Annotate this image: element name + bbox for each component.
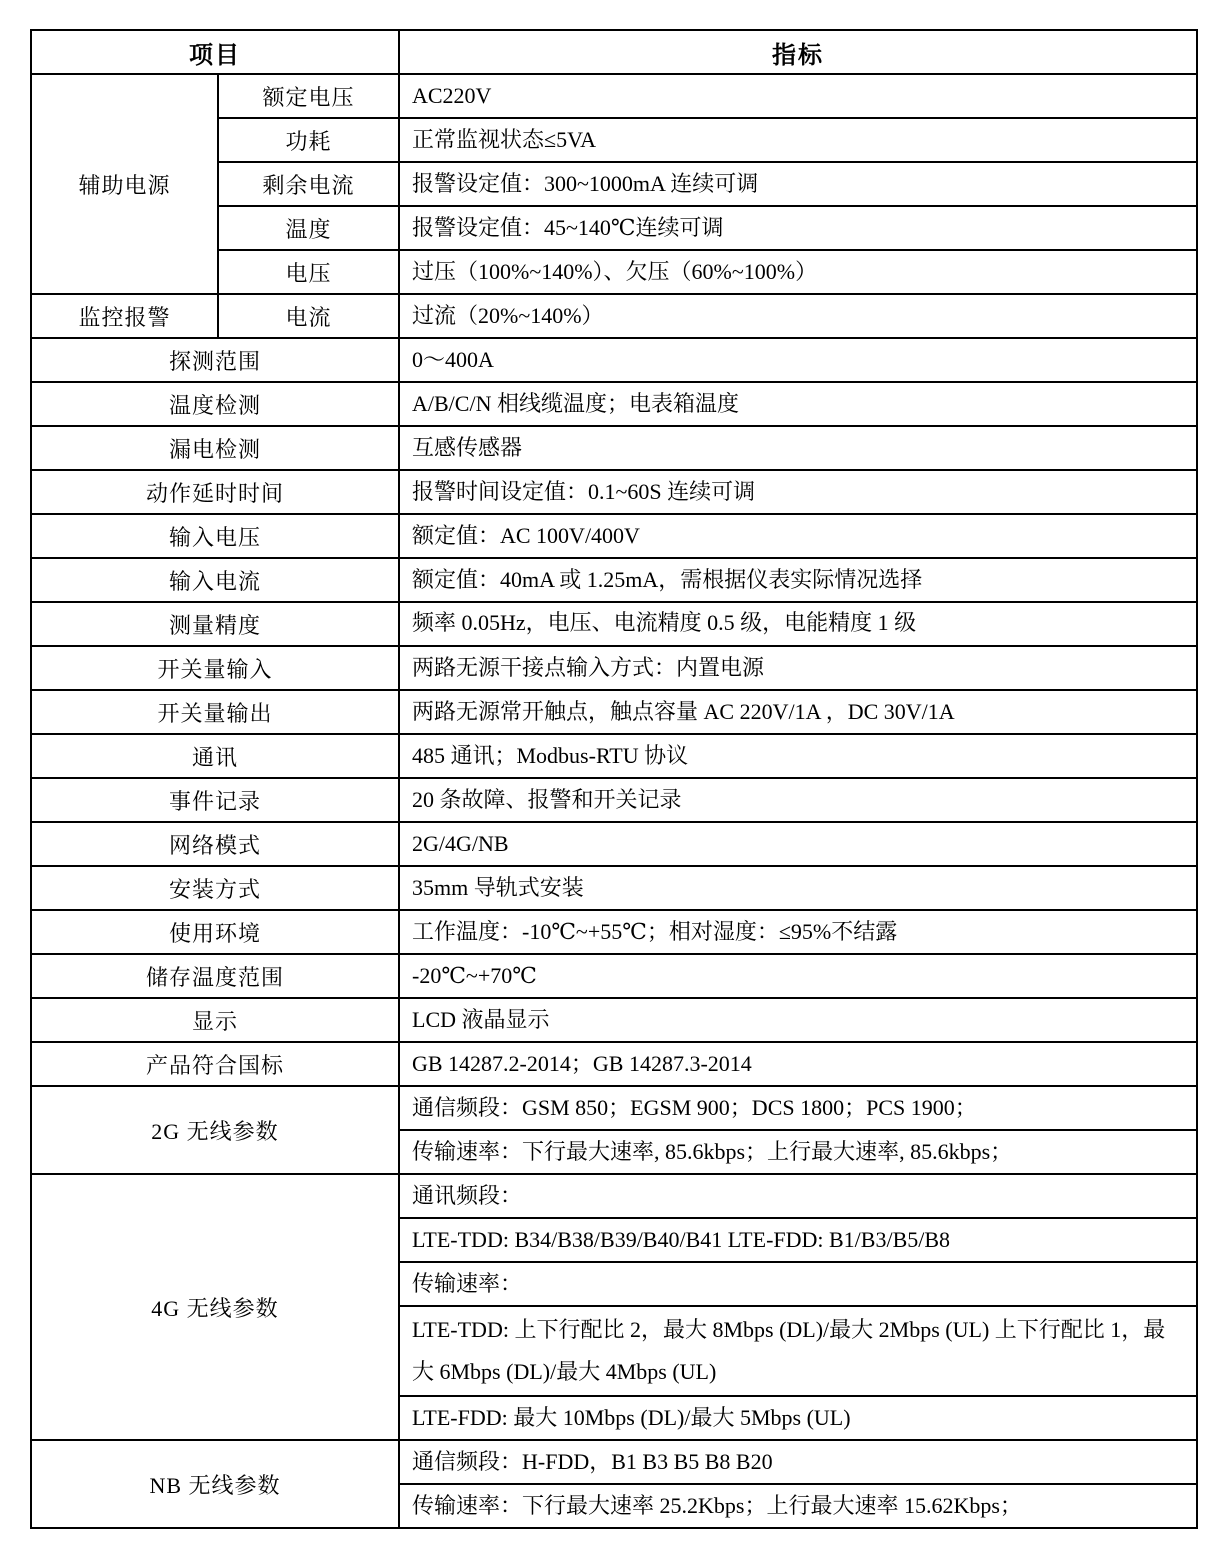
spec-value: 通信频段：H-FDD，B1 B3 B5 B8 B20 — [399, 1440, 1197, 1484]
sub-label: 功耗 — [218, 118, 399, 162]
table-row: 网络模式 2G/4G/NB — [31, 822, 1197, 866]
table-row: 温度检测 A/B/C/N 相线缆温度；电表箱温度 — [31, 382, 1197, 426]
table-row: 输入电流 额定值：40mA 或 1.25mA，需根据仪表实际情况选择 — [31, 558, 1197, 602]
spec-value: 过流（20%~140%） — [399, 294, 1197, 338]
sub-label: 电压 — [218, 250, 399, 294]
table-row: 测量精度 频率 0.05Hz，电压、电流精度 0.5 级，电能精度 1 级 — [31, 602, 1197, 646]
table-row: 探测范围 0～400A — [31, 338, 1197, 382]
spec-value: 传输速率：下行最大速率, 85.6kbps；上行最大速率, 85.6kbps； — [399, 1130, 1197, 1174]
row-label: 动作延时时间 — [31, 470, 399, 514]
row-label: 开关量输出 — [31, 690, 399, 734]
spec-value: -20℃~+70℃ — [399, 954, 1197, 998]
group-label-4g-wireless: 4G 无线参数 — [31, 1174, 399, 1440]
table-row: 事件记录 20 条故障、报警和开关记录 — [31, 778, 1197, 822]
row-label: 网络模式 — [31, 822, 399, 866]
table-row: NB 无线参数 通信频段：H-FDD，B1 B3 B5 B8 B20 — [31, 1440, 1197, 1484]
row-label: 输入电流 — [31, 558, 399, 602]
row-label: 显示 — [31, 998, 399, 1042]
spec-value: 额定值：40mA 或 1.25mA，需根据仪表实际情况选择 — [399, 558, 1197, 602]
row-label: 开关量输入 — [31, 646, 399, 690]
spec-value: 两路无源干接点输入方式：内置电源 — [399, 646, 1197, 690]
row-label: 事件记录 — [31, 778, 399, 822]
table-row: 开关量输入 两路无源干接点输入方式：内置电源 — [31, 646, 1197, 690]
spec-value: 0～400A — [399, 338, 1197, 382]
spec-value: 额定值：AC 100V/400V — [399, 514, 1197, 558]
spec-value: 485 通讯；Modbus-RTU 协议 — [399, 734, 1197, 778]
spec-value: LCD 液晶显示 — [399, 998, 1197, 1042]
spec-value: 报警设定值：300~1000mA 连续可调 — [399, 162, 1197, 206]
spec-value: 互感传感器 — [399, 426, 1197, 470]
spec-value: AC220V — [399, 74, 1197, 118]
spec-value: 传输速率：下行最大速率 25.2Kbps；上行最大速率 15.62Kbps； — [399, 1484, 1197, 1528]
header-item-cell: 项目 — [31, 30, 399, 74]
row-label: 储存温度范围 — [31, 954, 399, 998]
table-row: 使用环境 工作温度：-10℃~+55℃；相对湿度：≤95%不结露 — [31, 910, 1197, 954]
spec-value: LTE-TDD: 上下行配比 2，最大 8Mbps (DL)/最大 2Mbps … — [399, 1306, 1197, 1396]
spec-value: 工作温度：-10℃~+55℃；相对湿度：≤95%不结露 — [399, 910, 1197, 954]
row-label: 通讯 — [31, 734, 399, 778]
sub-label: 额定电压 — [218, 74, 399, 118]
spec-value: 正常监视状态≤5VA — [399, 118, 1197, 162]
spec-value: 2G/4G/NB — [399, 822, 1197, 866]
row-label: 产品符合国标 — [31, 1042, 399, 1086]
row-label: 安装方式 — [31, 866, 399, 910]
table-row: 2G 无线参数 通信频段：GSM 850；EGSM 900；DCS 1800；P… — [31, 1086, 1197, 1130]
spec-value: A/B/C/N 相线缆温度；电表箱温度 — [399, 382, 1197, 426]
table-row: 漏电检测 互感传感器 — [31, 426, 1197, 470]
spec-value: 过压（100%~140%）、欠压（60%~100%） — [399, 250, 1197, 294]
row-label: 输入电压 — [31, 514, 399, 558]
spec-value: 频率 0.05Hz，电压、电流精度 0.5 级，电能精度 1 级 — [399, 602, 1197, 646]
spec-value: 通讯频段： — [399, 1174, 1197, 1218]
spec-value: LTE-FDD: 最大 10Mbps (DL)/最大 5Mbps (UL) — [399, 1396, 1197, 1440]
group-label-nb-wireless: NB 无线参数 — [31, 1440, 399, 1528]
spec-value: LTE-TDD: B34/B38/B39/B40/B41 LTE-FDD: B1… — [399, 1218, 1197, 1262]
spec-value: 报警时间设定值：0.1~60S 连续可调 — [399, 470, 1197, 514]
table-row: 产品符合国标 GB 14287.2-2014；GB 14287.3-2014 — [31, 1042, 1197, 1086]
table-row: 开关量输出 两路无源常开触点，触点容量 AC 220V/1A ，DC 30V/1… — [31, 690, 1197, 734]
spec-value: 通信频段：GSM 850；EGSM 900；DCS 1800；PCS 1900； — [399, 1086, 1197, 1130]
table-row: 输入电压 额定值：AC 100V/400V — [31, 514, 1197, 558]
row-label: 温度检测 — [31, 382, 399, 426]
spec-value: 报警设定值：45~140℃连续可调 — [399, 206, 1197, 250]
table-row: 辅助电源 额定电压 AC220V — [31, 74, 1197, 118]
spec-value: GB 14287.2-2014；GB 14287.3-2014 — [399, 1042, 1197, 1086]
row-label: 探测范围 — [31, 338, 399, 382]
table-row: 储存温度范围 -20℃~+70℃ — [31, 954, 1197, 998]
spec-value: 传输速率： — [399, 1262, 1197, 1306]
sub-label: 温度 — [218, 206, 399, 250]
row-label: 使用环境 — [31, 910, 399, 954]
spec-value: 两路无源常开触点，触点容量 AC 220V/1A ，DC 30V/1A — [399, 690, 1197, 734]
group-label-monitor-alarm: 监控报警 — [31, 294, 218, 338]
spec-table: 项目 指标 辅助电源 额定电压 AC220V 功耗 正常监视状态≤5VA 剩余电… — [30, 29, 1198, 1529]
table-header-row: 项目 指标 — [31, 30, 1197, 74]
table-row: 显示 LCD 液晶显示 — [31, 998, 1197, 1042]
row-label: 漏电检测 — [31, 426, 399, 470]
group-label-aux-power: 辅助电源 — [31, 74, 218, 294]
spec-value: 35mm 导轨式安装 — [399, 866, 1197, 910]
table-row: 通讯 485 通讯；Modbus-RTU 协议 — [31, 734, 1197, 778]
group-label-2g-wireless: 2G 无线参数 — [31, 1086, 399, 1174]
table-row: 4G 无线参数 通讯频段： — [31, 1174, 1197, 1218]
table-row: 监控报警 电流 过流（20%~140%） — [31, 294, 1197, 338]
row-label: 测量精度 — [31, 602, 399, 646]
sub-label: 电流 — [218, 294, 399, 338]
table-row: 安装方式 35mm 导轨式安装 — [31, 866, 1197, 910]
document-page: 项目 指标 辅助电源 额定电压 AC220V 功耗 正常监视状态≤5VA 剩余电… — [0, 0, 1225, 1544]
spec-value: 20 条故障、报警和开关记录 — [399, 778, 1197, 822]
header-spec-cell: 指标 — [399, 30, 1197, 74]
sub-label: 剩余电流 — [218, 162, 399, 206]
table-row: 动作延时时间 报警时间设定值：0.1~60S 连续可调 — [31, 470, 1197, 514]
